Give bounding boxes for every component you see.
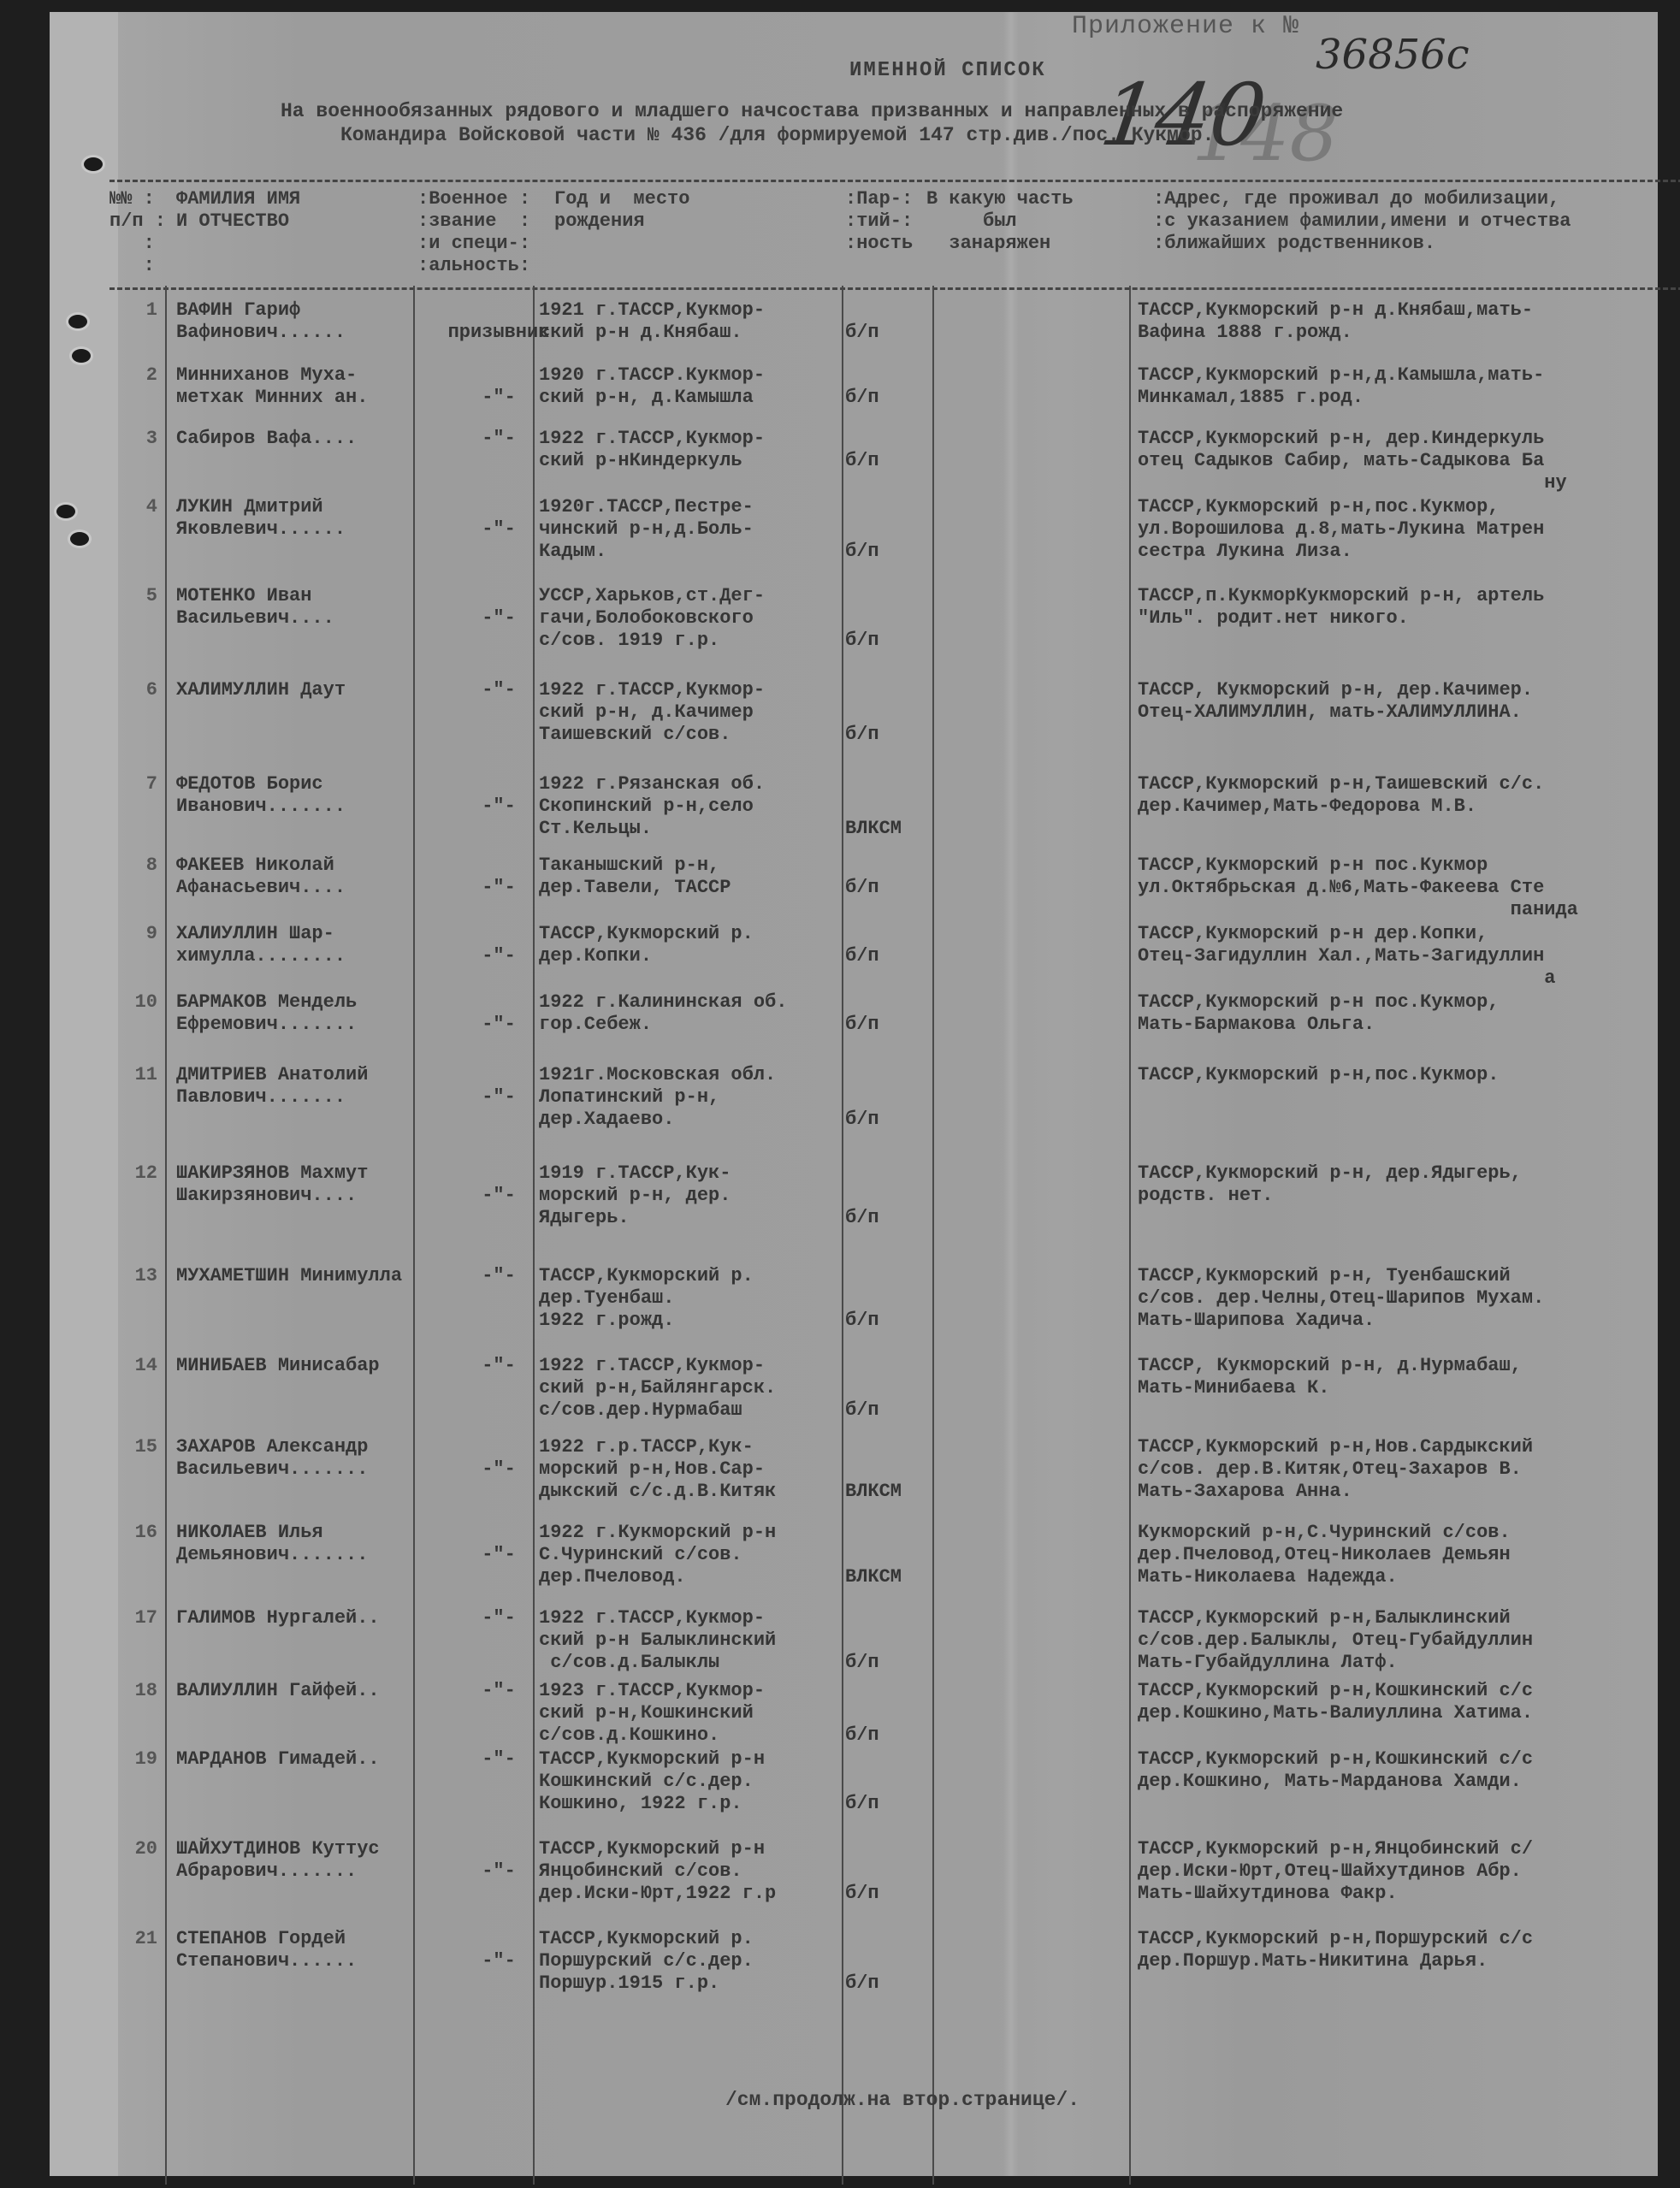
home-address-relatives: ТАССР,Кукморский р-н,Нов.Сардыкский с/со… [1138, 1436, 1668, 1503]
home-address-relatives: ТАССР, Кукморский р-н, д.Нурмабаш, Мать-… [1138, 1355, 1668, 1399]
row-number: 20 [115, 1838, 157, 1860]
party-membership: б/п [845, 1109, 931, 1131]
home-address-relatives: Кукморский р-н,С.Чуринский с/сов. дер.Пч… [1138, 1522, 1668, 1588]
column-divider [533, 286, 535, 2185]
row-number: 1 [115, 299, 157, 322]
home-address-relatives: ТАССР,Кукморский р-н,пос.Кукмор. [1138, 1064, 1668, 1086]
row-number: 21 [115, 1928, 157, 1950]
party-membership: б/п [845, 1724, 931, 1747]
archive-stamp-number: 36856с [1316, 31, 1470, 79]
soldier-name: МУХАМЕТШИН Минимулла [176, 1265, 424, 1287]
soldier-name: МАРДАНОВ Гимадей.. [176, 1748, 424, 1771]
birth-year-place: 1922 г.Рязанская об. Скопинский р-н,село… [539, 773, 881, 840]
row-number: 4 [115, 496, 157, 518]
birth-year-place: 1920г.ТАССР,Пестре- чинский р-н,д.Боль- … [539, 496, 881, 563]
party-membership: б/п [845, 450, 931, 472]
soldier-name: ВАФИН Гариф Вафинович...... [176, 299, 424, 344]
punch-hole-icon [56, 505, 75, 518]
birth-year-place: 1922 г.ТАССР,Кукмор- ский р-н,Байлянгарс… [539, 1355, 881, 1422]
party-membership: ВЛКСМ [845, 818, 931, 840]
soldier-name: СТЕПАНОВ Гордей Степанович...... [176, 1928, 424, 1972]
subtitle-line-2: Командира Войсковой части № 436 /для фор… [281, 123, 1666, 147]
birth-year-place: 1922 г.ТАССР,Кукмор- ский р-н Балыклинск… [539, 1607, 881, 1674]
party-membership: б/п [845, 1310, 931, 1332]
header-top-rule [109, 180, 1680, 182]
continuation-note: /см.продолж.на втор.странице/. [725, 2089, 1080, 2111]
punch-hole-icon [84, 157, 103, 171]
birth-year-place: УССР,Харьков,ст.Дег- гачи,Болобоковского… [539, 585, 881, 652]
home-address-relatives: ТАССР,Кукморский р-н,Таишевский с/с. дер… [1138, 773, 1668, 818]
row-number: 6 [115, 679, 157, 701]
birth-year-place: 1922 г.р.ТАССР,Кук- морский р-н,Нов.Сар-… [539, 1436, 881, 1503]
party-membership: б/п [845, 322, 931, 344]
party-membership: б/п [845, 724, 931, 746]
column-divider [413, 286, 415, 2185]
header-unit: В какую часть был занаряжен [926, 188, 1074, 255]
home-address-relatives: ТАССР,Кукморский р-н,Балыклинский с/сов.… [1138, 1607, 1668, 1674]
birth-year-place: ТАССР,Кукморский р-н Кошкинский с/с.дер.… [539, 1748, 881, 1815]
party-membership: б/п [845, 945, 931, 967]
soldier-name: ЗАХАРОВ Александр Васильевич....... [176, 1436, 424, 1481]
home-address-relatives: ТАССР,Кукморский р-н пос.Кукмор ул.Октяб… [1138, 855, 1668, 921]
header-name: ФАМИЛИЯ ИМЯ И ОТЧЕСТВО [176, 188, 300, 233]
row-number: 16 [115, 1522, 157, 1544]
birth-year-place: Таканышский р-н, дер.Тавели, ТАССР [539, 855, 881, 899]
row-number: 15 [115, 1436, 157, 1458]
party-membership: б/п [845, 1972, 931, 1995]
soldier-name: МОТЕНКО Иван Васильевич.... [176, 585, 424, 630]
birth-year-place: 1922 г.ТАССР,Кукмор- ский р-н, д.Качимер… [539, 679, 881, 746]
soldier-name: ШАЙХУТДИНОВ Куттус Абрарович....... [176, 1838, 424, 1883]
document-subtitle: На военнообязанных рядового и младшего н… [281, 99, 1666, 147]
row-number: 14 [115, 1355, 157, 1377]
header-num: №№ : п/п : : : [109, 188, 166, 277]
home-address-relatives: ТАССР,Кукморский р-н,Кошкинский с/с дер.… [1138, 1680, 1668, 1724]
punch-hole-icon [68, 315, 87, 328]
birth-year-place: 1921г.Московская обл. Лопатинский р-н, д… [539, 1064, 881, 1131]
soldier-name: ВАЛИУЛЛИН Гайфей.. [176, 1680, 424, 1702]
party-membership: б/п [845, 541, 931, 563]
soldier-name: ХАЛИМУЛЛИН Даут [176, 679, 424, 701]
party-membership: б/п [845, 1399, 931, 1422]
row-number: 13 [115, 1265, 157, 1287]
row-number: 5 [115, 585, 157, 607]
soldier-name: Минниханов Муха- метхак Минних ан. [176, 364, 424, 409]
birth-year-place: 1923 г.ТАССР,Кукмор- ский р-н,Кошкинский… [539, 1680, 881, 1747]
home-address-relatives: ТАССР,Кукморский р-н,пос.Кукмор, ул.Воро… [1138, 496, 1668, 563]
subtitle-line-1: На военнообязанных рядового и младшего н… [281, 99, 1666, 123]
row-number: 10 [115, 991, 157, 1014]
row-number: 7 [115, 773, 157, 795]
party-membership: б/п [845, 1793, 931, 1815]
party-membership: б/п [845, 877, 931, 899]
birth-year-place: 1919 г.ТАССР,Кук- морский р-н, дер. Ядыг… [539, 1162, 881, 1229]
birth-year-place: ТАССР,Кукморский р. Поршурский с/с.дер. … [539, 1928, 881, 1995]
party-membership: ВЛКСМ [845, 1481, 931, 1503]
soldier-name: ГАЛИМОВ Нургалей.. [176, 1607, 424, 1629]
home-address-relatives: ТАССР,Кукморский р-н, дер.Ядыгерь, родст… [1138, 1162, 1668, 1207]
row-number: 3 [115, 428, 157, 450]
document-page: Приложение к № 36856с 140 148 ИМЕННОЙ СП… [50, 12, 1658, 2176]
home-address-relatives: ТАССР,Кукморский р-н дер.Копки, Отец-Заг… [1138, 923, 1668, 990]
soldier-name: ДМИТРИЕВ Анатолий Павлович....... [176, 1064, 424, 1109]
birth-year-place: 1920 г.ТАССР.Кукмор- ский р-н, д.Камышла [539, 364, 881, 409]
birth-year-place: 1922 г.Калининская об. гор.Себеж. [539, 991, 881, 1036]
punch-hole-icon [70, 532, 89, 546]
home-address-relatives: ТАССР,Кукморский р-н,Янцобинский с/ дер.… [1138, 1838, 1668, 1905]
party-membership: б/п [845, 1652, 931, 1674]
soldier-name: ШАКИРЗЯНОВ Махмут Шакирзянович.... [176, 1162, 424, 1207]
home-address-relatives: ТАССР,Кукморский р-н,д.Камышла,мать- Мин… [1138, 364, 1668, 409]
row-number: 12 [115, 1162, 157, 1185]
birth-year-place: 1922 г.Кукморский р-н С.Чуринский с/сов.… [539, 1522, 881, 1588]
soldier-name: МИНИБАЕВ Минисабар [176, 1355, 424, 1377]
party-membership: б/п [845, 387, 931, 409]
row-number: 17 [115, 1607, 157, 1629]
left-margin [50, 12, 118, 2176]
document-title: ИМЕННОЙ СПИСОК [849, 59, 1046, 82]
party-membership: б/п [845, 1207, 931, 1229]
home-address-relatives: ТАССР, Кукморский р-н, дер.Качимер. Отец… [1138, 679, 1668, 724]
home-address-relatives: ТАССР,п.КукморКукморский р-н, артель "Ил… [1138, 585, 1668, 630]
party-membership: б/п [845, 630, 931, 652]
home-address-relatives: ТАССР,Кукморский р-н, дер.Киндеркуль оте… [1138, 428, 1668, 494]
soldier-name: ФЕДОТОВ Борис Иванович....... [176, 773, 424, 818]
home-address-relatives: ТАССР,Кукморский р-н,Кошкинский с/с дер.… [1138, 1748, 1668, 1793]
party-membership: б/п [845, 1014, 931, 1036]
home-address-relatives: ТАССР,Кукморский р-н пос.Кукмор, Мать-Ба… [1138, 991, 1668, 1036]
birth-year-place: 1922 г.ТАССР,Кукмор- ский р-нКиндеркуль [539, 428, 881, 472]
header-address: :Адрес, где проживал до мобилизации, :с … [1153, 188, 1571, 255]
header-rank: :Военное : :звание : :и специ-: :альност… [417, 188, 530, 277]
paper-fold [1003, 12, 1019, 2176]
row-number: 19 [115, 1748, 157, 1771]
soldier-name: Сабиров Вафа.... [176, 428, 424, 450]
soldier-name: ЛУКИН Дмитрий Яковлевич...... [176, 496, 424, 541]
archive-stamp-label: Приложение к № [1072, 12, 1299, 41]
birth-year-place: 1921 г.ТАССР,Кукмор- ский р-н д.Княбаш. [539, 299, 881, 344]
party-membership: б/п [845, 1883, 931, 1905]
column-divider [932, 286, 934, 2185]
home-address-relatives: ТАССР,Кукморский р-н, Туенбашский с/сов.… [1138, 1265, 1668, 1332]
birth-year-place: ТАССР,Кукморский р. дер.Копки. [539, 923, 881, 967]
row-number: 9 [115, 923, 157, 945]
row-number: 11 [115, 1064, 157, 1086]
home-address-relatives: ТАССР,Кукморский р-н д.Княбаш,мать- Вафи… [1138, 299, 1668, 344]
soldier-name: ХАЛИУЛЛИН Шар- химулла........ [176, 923, 424, 967]
soldier-name: ФАКЕЕВ Николай Афанасьевич.... [176, 855, 424, 899]
soldier-name: НИКОЛАЕВ Илья Демьянович....... [176, 1522, 424, 1566]
punch-hole-icon [72, 349, 91, 363]
table-header: №№ : п/п : : : ФАМИЛИЯ ИМЯ И ОТЧЕСТВО :В… [109, 183, 1680, 286]
soldier-name: БАРМАКОВ Мендель Ефремович....... [176, 991, 424, 1036]
row-number: 2 [115, 364, 157, 387]
column-divider [1129, 286, 1131, 2185]
header-party: :Пар-: :тий-: :ность [845, 188, 913, 255]
birth-year-place: ТАССР,Кукморский р. дер.Туенбаш. 1922 г.… [539, 1265, 881, 1332]
birth-year-place: ТАССР,Кукморский р-н Янцобинский с/сов. … [539, 1838, 881, 1905]
row-number: 18 [115, 1680, 157, 1702]
header-birth: Год и место рождения [554, 188, 689, 233]
party-membership: ВЛКСМ [845, 1566, 931, 1588]
row-number: 8 [115, 855, 157, 877]
home-address-relatives: ТАССР,Кукморский р-н,Поршурский с/с дер.… [1138, 1928, 1668, 1972]
header-bottom-rule [109, 287, 1680, 290]
column-divider [165, 286, 167, 2185]
